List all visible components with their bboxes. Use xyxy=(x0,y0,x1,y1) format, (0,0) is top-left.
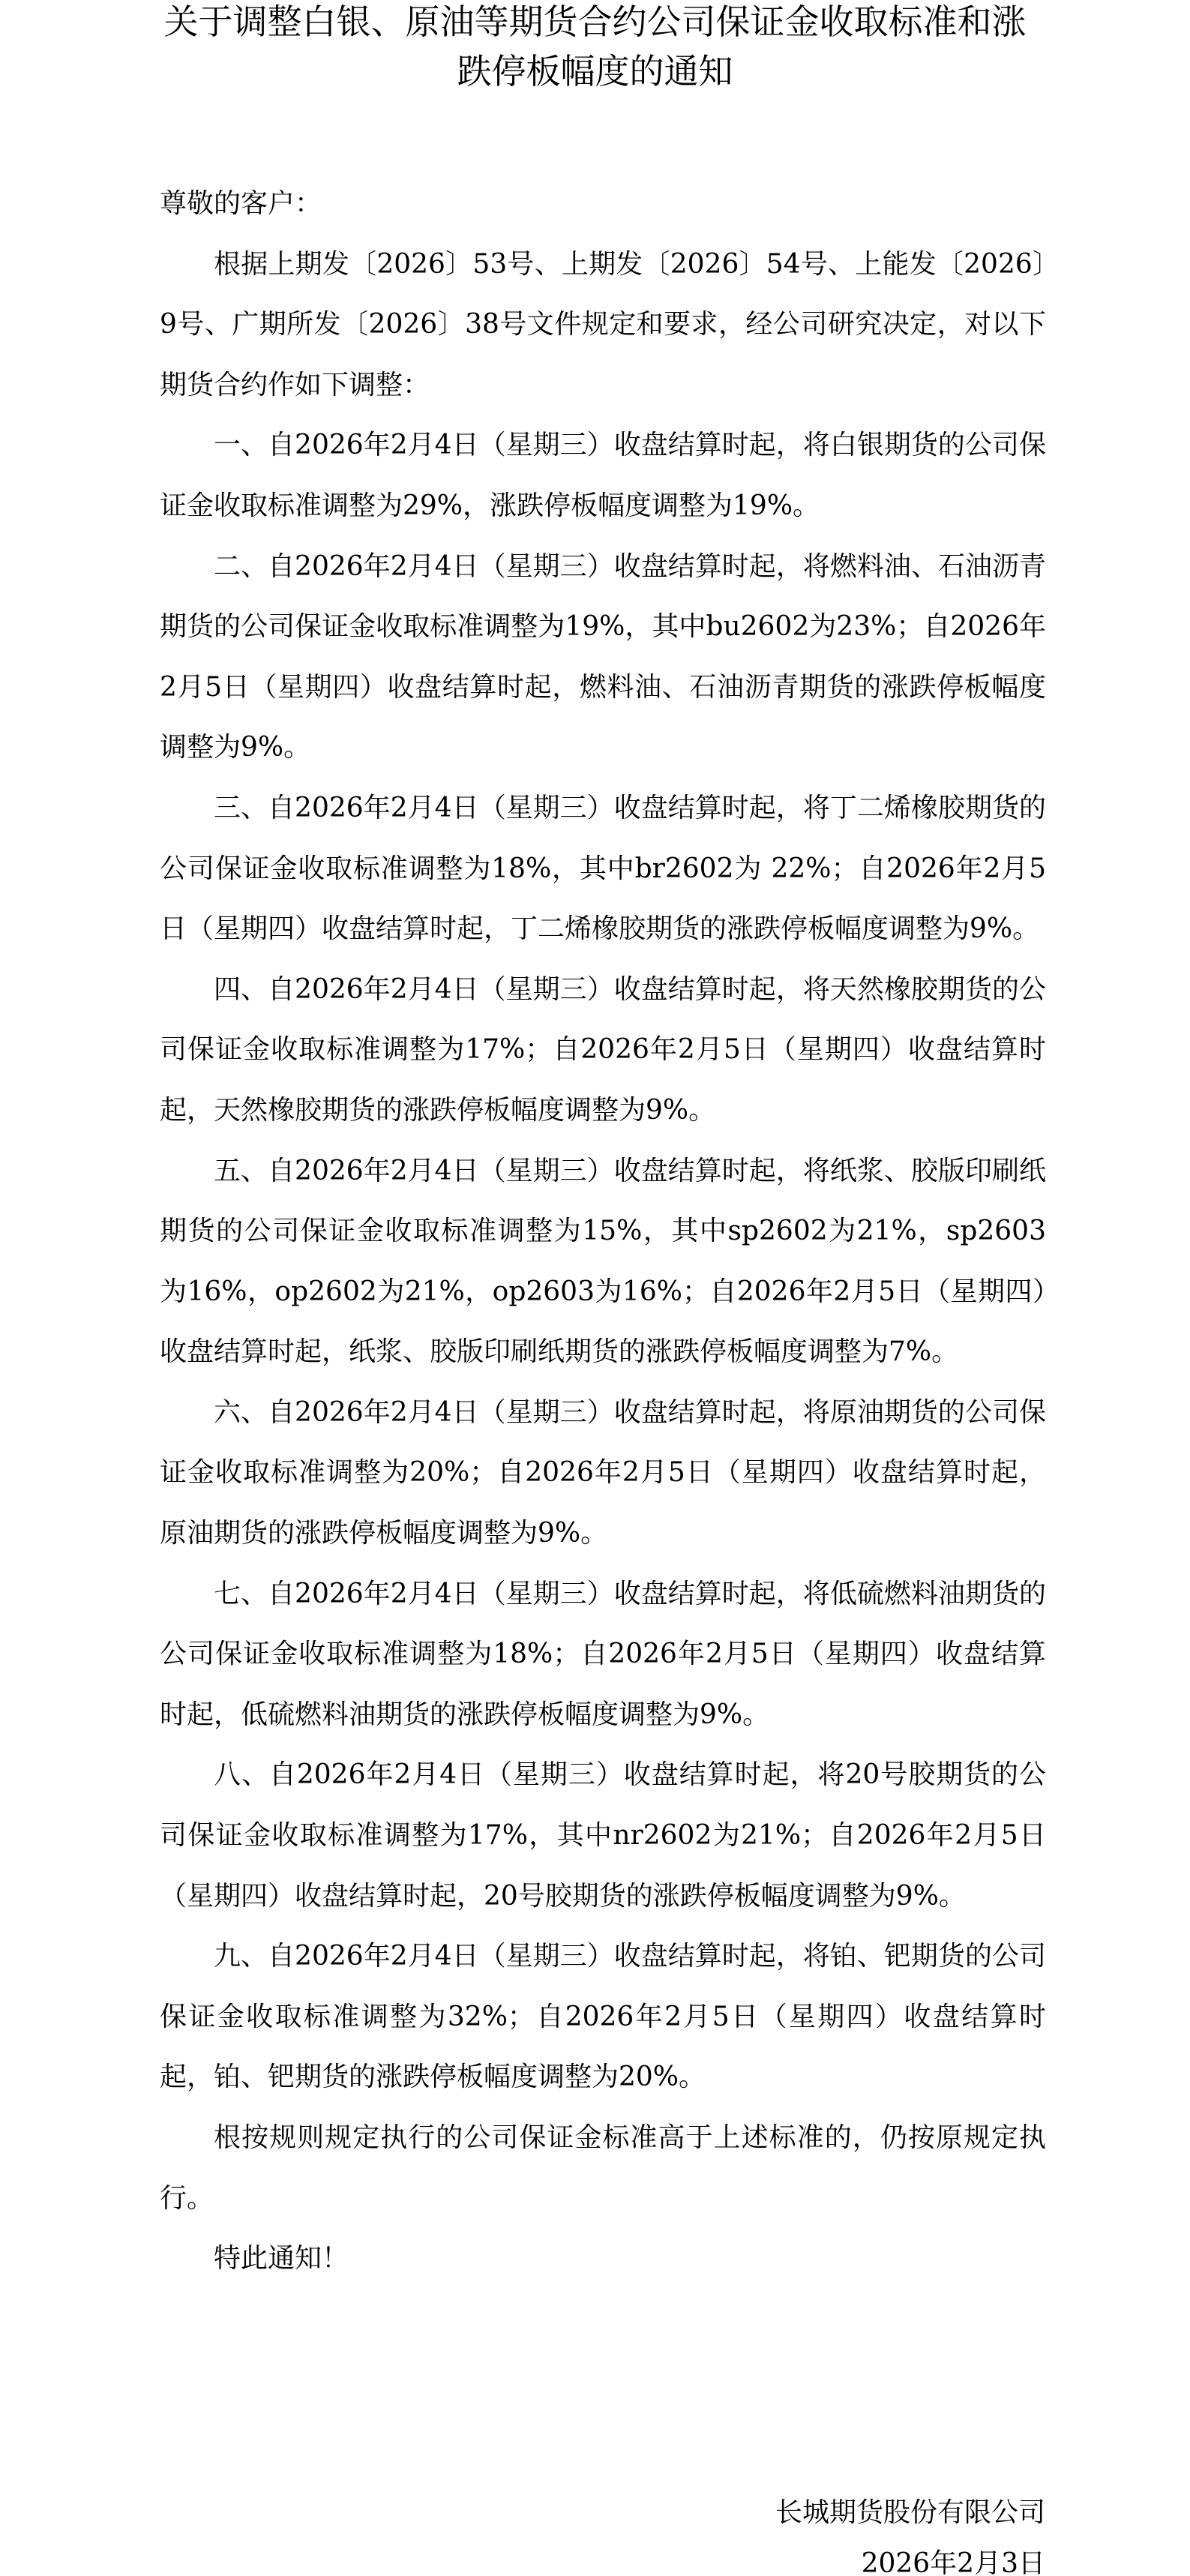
salutation: 尊敬的客户： xyxy=(160,174,1046,235)
item-paragraph: 五、自2026年2月4日（星期三）收盘结算时起，将纸浆、胶版印刷纸期货的公司保证… xyxy=(160,1141,1046,1383)
signature-company: 长城期货股份有限公司 xyxy=(775,2491,1045,2530)
item-paragraph: 六、自2026年2月4日（星期三）收盘结算时起，将原油期货的公司保证金收取标准调… xyxy=(160,1383,1046,1564)
item-paragraph: 三、自2026年2月4日（星期三）收盘结算时起，将丁二烯橡胶期货的公司保证金收取… xyxy=(160,778,1046,960)
item-paragraph: 四、自2026年2月4日（星期三）收盘结算时起，将天然橡胶期货的公司保证金收取标… xyxy=(160,960,1046,1141)
item-paragraph: 一、自2026年2月4日（星期三）收盘结算时起，将白银期货的公司保证金收取标准调… xyxy=(160,415,1046,536)
intro-paragraph: 根据上期发〔2026〕53号、上期发〔2026〕54号、上能发〔2026〕9号、… xyxy=(160,235,1046,416)
document-title-line-2: 跌停板幅度的通知 xyxy=(0,45,1190,97)
closing-paragraph: 特此通知！ xyxy=(160,2229,1046,2290)
item-paragraph: 八、自2026年2月4日（星期三）收盘结算时起，将20号胶期货的公司保证金收取标… xyxy=(160,1745,1046,1927)
closing-rule-paragraph: 根按规则规定执行的公司保证金标准高于上述标准的，仍按原规定执行。 xyxy=(160,2108,1046,2229)
document-title-line-1: 关于调整白银、原油等期货合约公司保证金收取标准和涨 xyxy=(0,0,1190,48)
item-paragraph: 二、自2026年2月4日（星期三）收盘结算时起，将燃料油、石油沥青期货的公司保证… xyxy=(160,537,1046,778)
signature-date: 2026年2月3日 xyxy=(862,2542,1045,2576)
item-paragraph: 七、自2026年2月4日（星期三）收盘结算时起，将低硫燃料油期货的公司保证金收取… xyxy=(160,1564,1046,1746)
item-paragraph: 九、自2026年2月4日（星期三）收盘结算时起，将铂、钯期货的公司保证金收取标准… xyxy=(160,1927,1046,2108)
notice-body: 尊敬的客户： 根据上期发〔2026〕53号、上期发〔2026〕54号、上能发〔2… xyxy=(160,174,1046,2290)
